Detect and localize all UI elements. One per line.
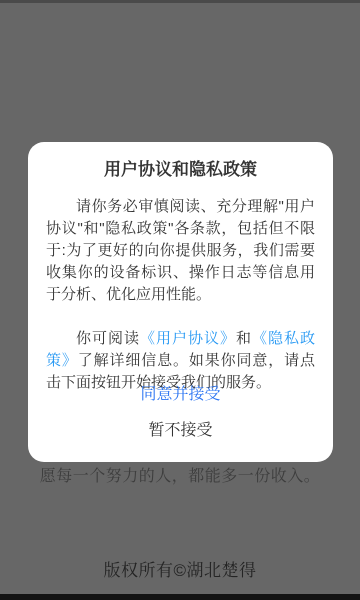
copyright-text: 版权所有©湖北楚得 — [0, 556, 360, 581]
app-screen: 愿每一个努力的人，都能多一份收入。 版权所有©湖北楚得 用户协议和隐私政策 请你… — [0, 0, 360, 600]
dialog-body: 请你务必审慎阅读、充分理解"用户协议"和"隐私政策"各条款，包括但不限于:为了更… — [28, 196, 333, 394]
paragraph2-middle: 和 — [236, 330, 252, 347]
background-motto-text: 愿每一个努力的人，都能多一份收入。 — [0, 463, 360, 486]
screen-bottom-edge — [0, 594, 360, 600]
policy-paragraph-1: 请你务必审慎阅读、充分理解"用户协议"和"隐私政策"各条款，包括但不限于:为了更… — [46, 196, 315, 306]
privacy-policy-dialog: 用户协议和隐私政策 请你务必审慎阅读、充分理解"用户协议"和"隐私政策"各条款，… — [28, 142, 333, 462]
paragraph2-prefix: 你可阅读 — [76, 330, 140, 347]
dialog-title: 用户协议和隐私政策 — [28, 158, 333, 182]
user-agreement-link[interactable]: 《用户协议》 — [140, 330, 236, 347]
agree-accept-button[interactable]: 同意并接受 — [28, 383, 333, 407]
reject-button[interactable]: 暂不接受 — [28, 419, 333, 443]
screen-top-edge — [0, 0, 360, 3]
